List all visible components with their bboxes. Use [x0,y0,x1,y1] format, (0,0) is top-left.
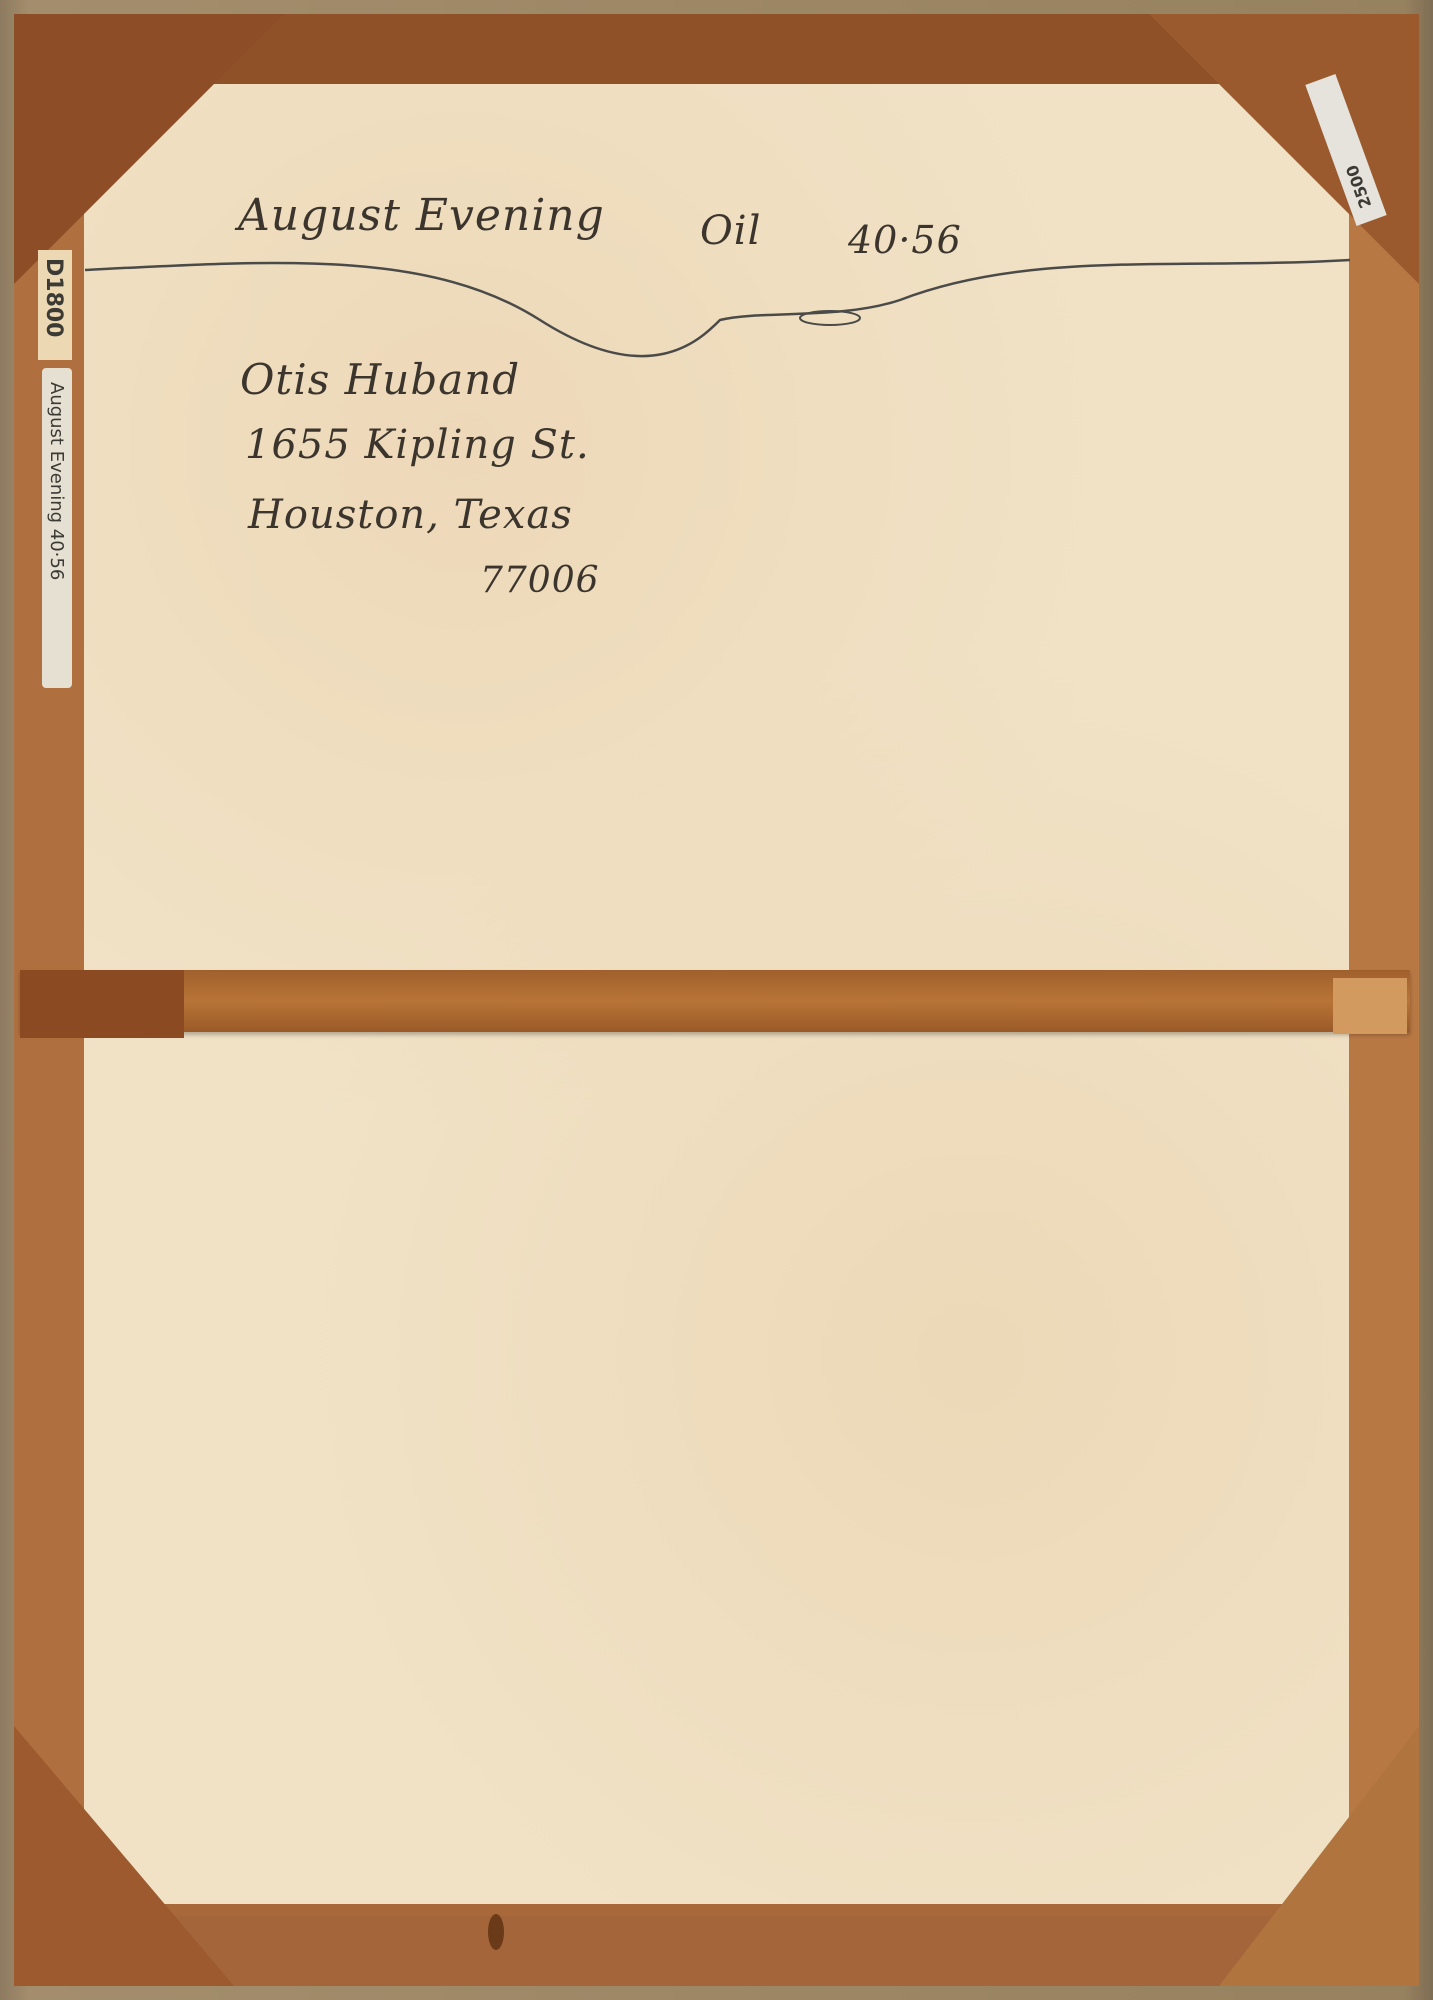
tape-label-title: August Evening 40·56 [42,368,72,688]
inscription-dimensions: 40·56 [848,218,962,262]
corner-brace-bottom-left [14,1726,234,1986]
inscription-city: Houston, Texas [248,492,573,538]
tape-label-code: D1800 [38,250,72,360]
center-crossbar [20,970,1410,1032]
wood-knot [488,1914,504,1950]
inscription-medium: Oil [700,208,761,254]
inscription-title: August Evening [238,190,605,241]
crossbar-right-block [1333,978,1407,1034]
hanging-wire [80,240,1360,360]
corner-brace-bottom-right [1219,1726,1419,1986]
inscription-street: 1655 Kipling St. [245,422,590,468]
inscription-artist: Otis Huband [240,355,520,404]
tape-title-text: August Evening 40·56 [46,382,67,580]
inscription-zip: 77006 [480,560,600,601]
crossbar-left-block [20,970,184,1038]
tape-code-text: D1800 [41,258,66,338]
